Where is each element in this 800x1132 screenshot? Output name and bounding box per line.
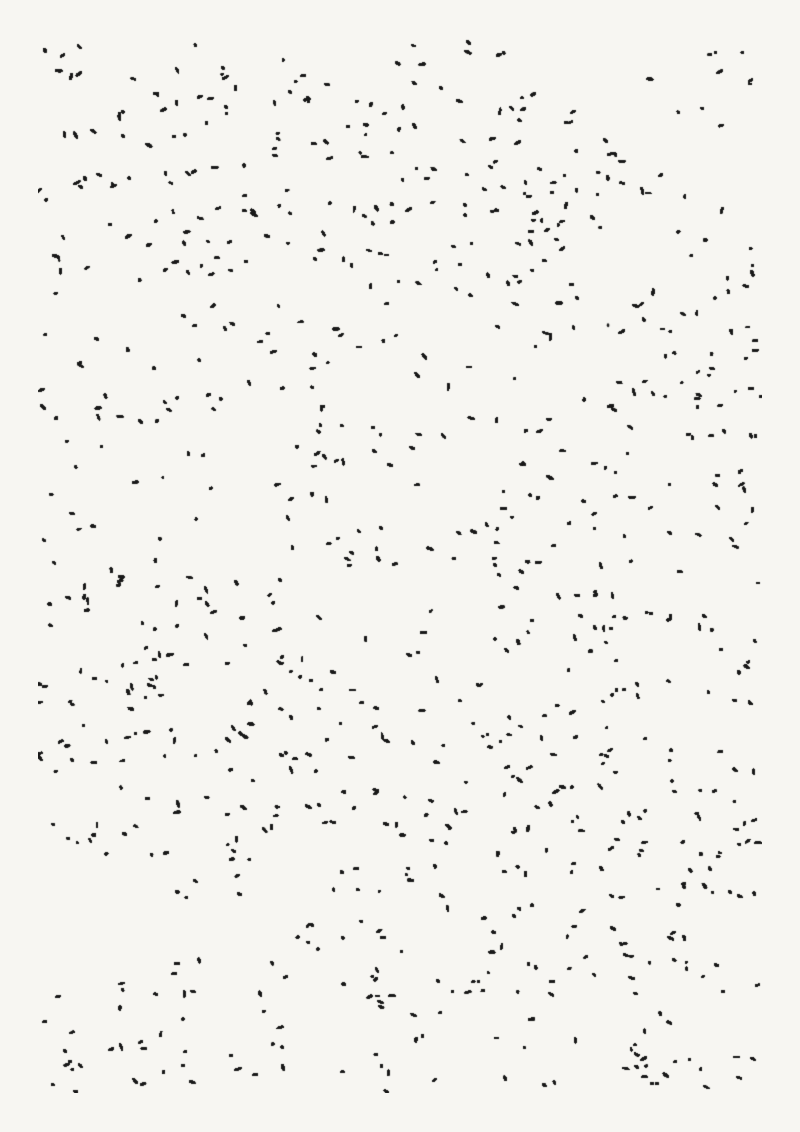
stipple-canvas <box>38 38 762 1093</box>
stipple-artwork <box>38 38 762 1093</box>
page: Stipple drawing of a rock-art panel <box>0 0 800 1132</box>
